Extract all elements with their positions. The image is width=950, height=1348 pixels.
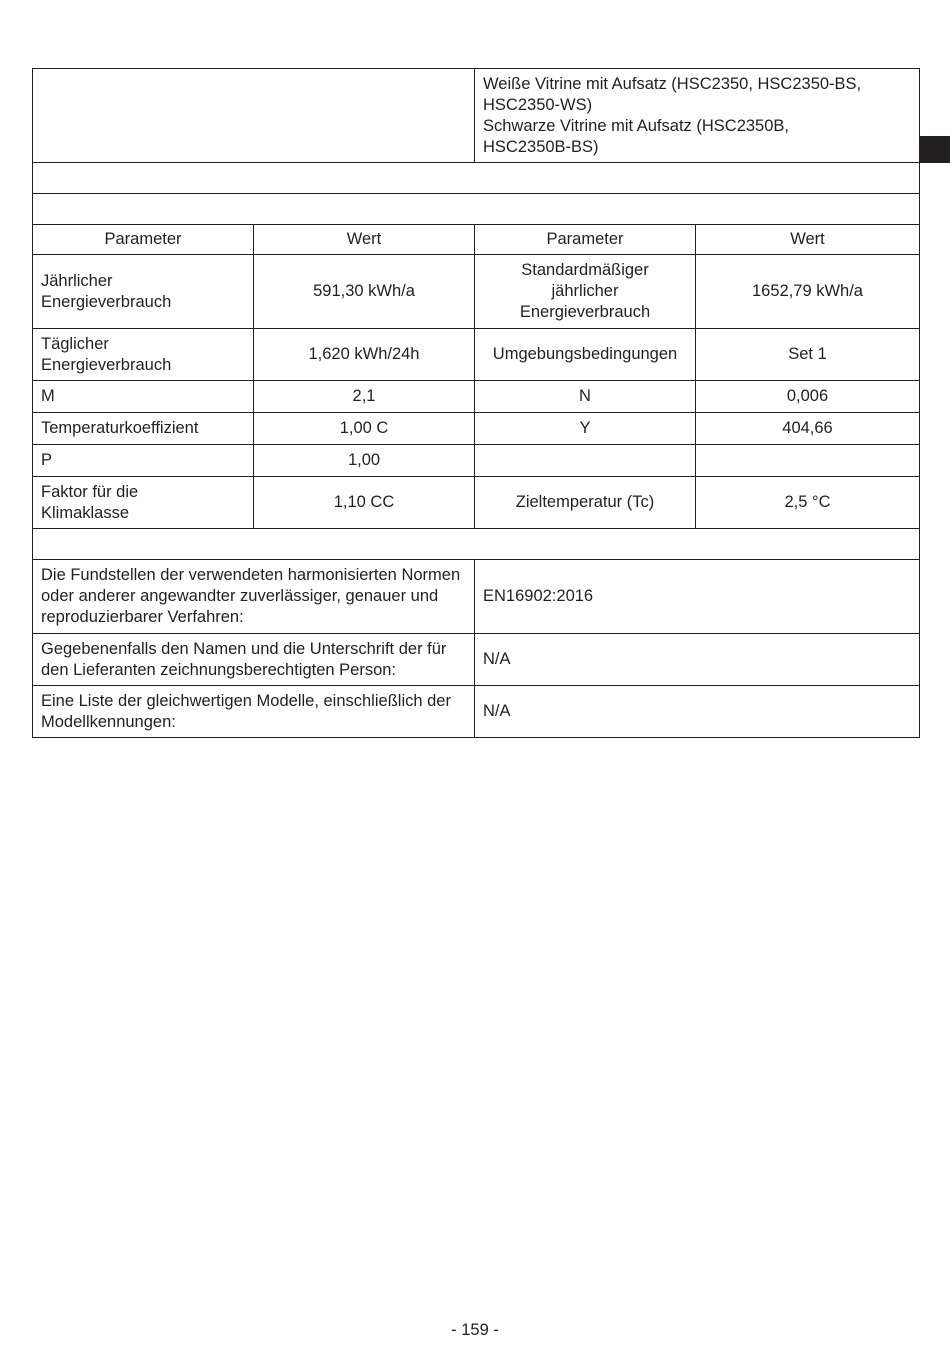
- param-value: [696, 445, 920, 477]
- column-header: Wert: [696, 225, 920, 255]
- info-label: Gegebenenfalls den Namen und die Untersc…: [33, 634, 475, 686]
- info-row: Die Fundstellen der verwendeten harmonis…: [33, 560, 920, 634]
- param-value: 2,5 °C: [696, 477, 920, 529]
- section-tab-marker: [920, 136, 950, 163]
- info-row: Eine Liste der gleichwertigen Modelle, e…: [33, 686, 920, 738]
- column-header: Wert: [254, 225, 475, 255]
- model-line: Weiße Vitrine mit Aufsatz (HSC2350, HSC2…: [483, 74, 911, 95]
- param-value: 0,006: [696, 381, 920, 413]
- param-value: 1,620 kWh/24h: [254, 329, 475, 381]
- param-value: Set 1: [696, 329, 920, 381]
- model-description-cell: Weiße Vitrine mit Aufsatz (HSC2350, HSC2…: [475, 69, 920, 163]
- info-label: Eine Liste der gleichwertigen Modelle, e…: [33, 686, 475, 738]
- table-row: Täglicher Energieverbrauch 1,620 kWh/24h…: [33, 329, 920, 381]
- table-row: Faktor für die Klimaklasse 1,10 CC Zielt…: [33, 477, 920, 529]
- table-row: Jährlicher Energieverbrauch 591,30 kWh/a…: [33, 255, 920, 329]
- model-line: HSC2350B-BS): [483, 137, 911, 158]
- table-row: P 1,00: [33, 445, 920, 477]
- model-label-cell: [33, 69, 475, 163]
- param-name: Y: [475, 413, 696, 445]
- column-header: Parameter: [475, 225, 696, 255]
- blank-row: [33, 194, 920, 225]
- param-name: N: [475, 381, 696, 413]
- param-value: 1652,79 kWh/a: [696, 255, 920, 329]
- info-row: Gegebenenfalls den Namen und die Untersc…: [33, 634, 920, 686]
- params-header-row: Parameter Wert Parameter Wert: [33, 225, 920, 255]
- param-name: Faktor für die Klimaklasse: [33, 477, 254, 529]
- param-value: 404,66: [696, 413, 920, 445]
- table-row: Temperaturkoeffizient 1,00 C Y 404,66: [33, 413, 920, 445]
- param-name: Täglicher Energieverbrauch: [33, 329, 254, 381]
- param-value: 1,00: [254, 445, 475, 477]
- param-value: 591,30 kWh/a: [254, 255, 475, 329]
- param-name: Standardmäßiger jährlicher Energieverbra…: [475, 255, 696, 329]
- param-value: 2,1: [254, 381, 475, 413]
- param-name: M: [33, 381, 254, 413]
- blank-row: [33, 529, 920, 560]
- param-name: [475, 445, 696, 477]
- param-name: Umgebungsbedingungen: [475, 329, 696, 381]
- table-row: M 2,1 N 0,006: [33, 381, 920, 413]
- info-value: N/A: [475, 634, 920, 686]
- info-value: N/A: [475, 686, 920, 738]
- model-line: HSC2350-WS): [483, 95, 911, 116]
- info-value: EN16902:2016: [475, 560, 920, 634]
- param-value: 1,10 CC: [254, 477, 475, 529]
- param-name: Temperaturkoeffizient: [33, 413, 254, 445]
- model-line: Schwarze Vitrine mit Aufsatz (HSC2350B,: [483, 116, 911, 137]
- param-value: 1,00 C: [254, 413, 475, 445]
- param-name: Jährlicher Energieverbrauch: [33, 255, 254, 329]
- param-name: P: [33, 445, 254, 477]
- info-label: Die Fundstellen der verwendeten harmonis…: [33, 560, 475, 634]
- blank-row: [33, 163, 920, 194]
- page-number: - 159 -: [0, 1321, 950, 1340]
- model-row: Weiße Vitrine mit Aufsatz (HSC2350, HSC2…: [33, 69, 920, 163]
- param-name: Zieltemperatur (Tc): [475, 477, 696, 529]
- column-header: Parameter: [33, 225, 254, 255]
- product-info-sheet: Weiße Vitrine mit Aufsatz (HSC2350, HSC2…: [32, 68, 920, 738]
